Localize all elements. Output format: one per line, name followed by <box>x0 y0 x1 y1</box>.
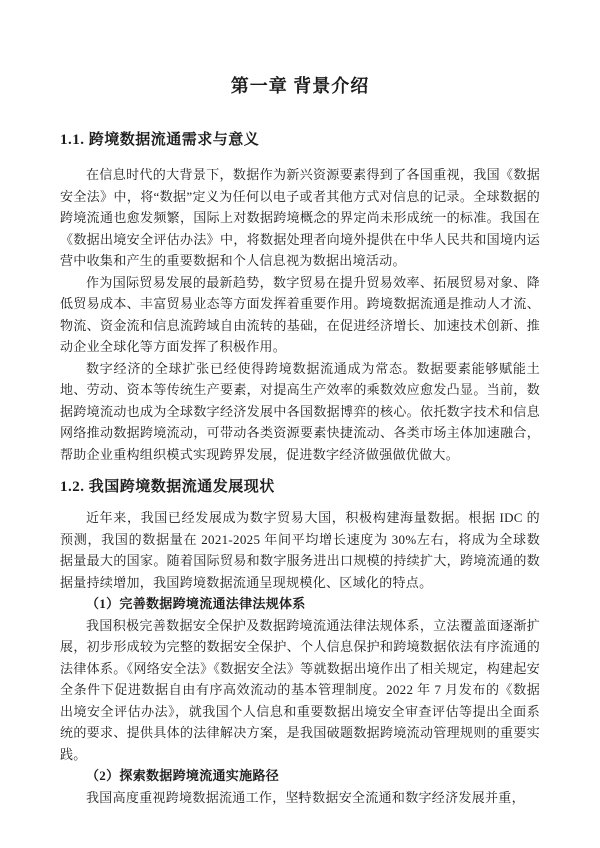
section-heading-1-1: 1.1. 跨境数据流通需求与意义 <box>60 130 540 150</box>
paragraph-data-definition: 在信息时代的大背景下，数据作为新兴资源要素得到了各国重视，我国《数据安全法》中，… <box>60 164 540 272</box>
paragraph-development-status: 近年来，我国已经发展成为数字贸易大国，积极构建海量数据。根据 IDC 的预测，我… <box>60 507 540 593</box>
page-number: 1 <box>0 790 600 802</box>
section-heading-1-2: 1.2. 我国跨境数据流通发展现状 <box>60 477 540 497</box>
paragraph-digital-trade: 作为国际贸易发展的最新趋势，数字贸易在提升贸易效率、拓展贸易对象、降低贸易成本、… <box>60 272 540 358</box>
paragraph-legal-system: 我国积极完善数据安全保护及数据跨境流通法律法规体系，立法覆盖面逐渐扩展，初步形成… <box>60 615 540 766</box>
subsection-heading-implementation-path: （2）探索数据跨境流通实施路径 <box>60 765 540 787</box>
subsection-heading-legal-system: （1）完善数据跨境流通法律法规体系 <box>60 593 540 615</box>
paragraph-digital-economy: 数字经济的全球扩张已经使得跨境数据流通成为常态。数据要素能够赋能土地、劳动、资本… <box>60 358 540 466</box>
chapter-title: 第一章 背景介绍 <box>60 72 540 100</box>
document-page: 第一章 背景介绍 1.1. 跨境数据流通需求与意义 在信息时代的大背景下，数据作… <box>0 0 600 848</box>
